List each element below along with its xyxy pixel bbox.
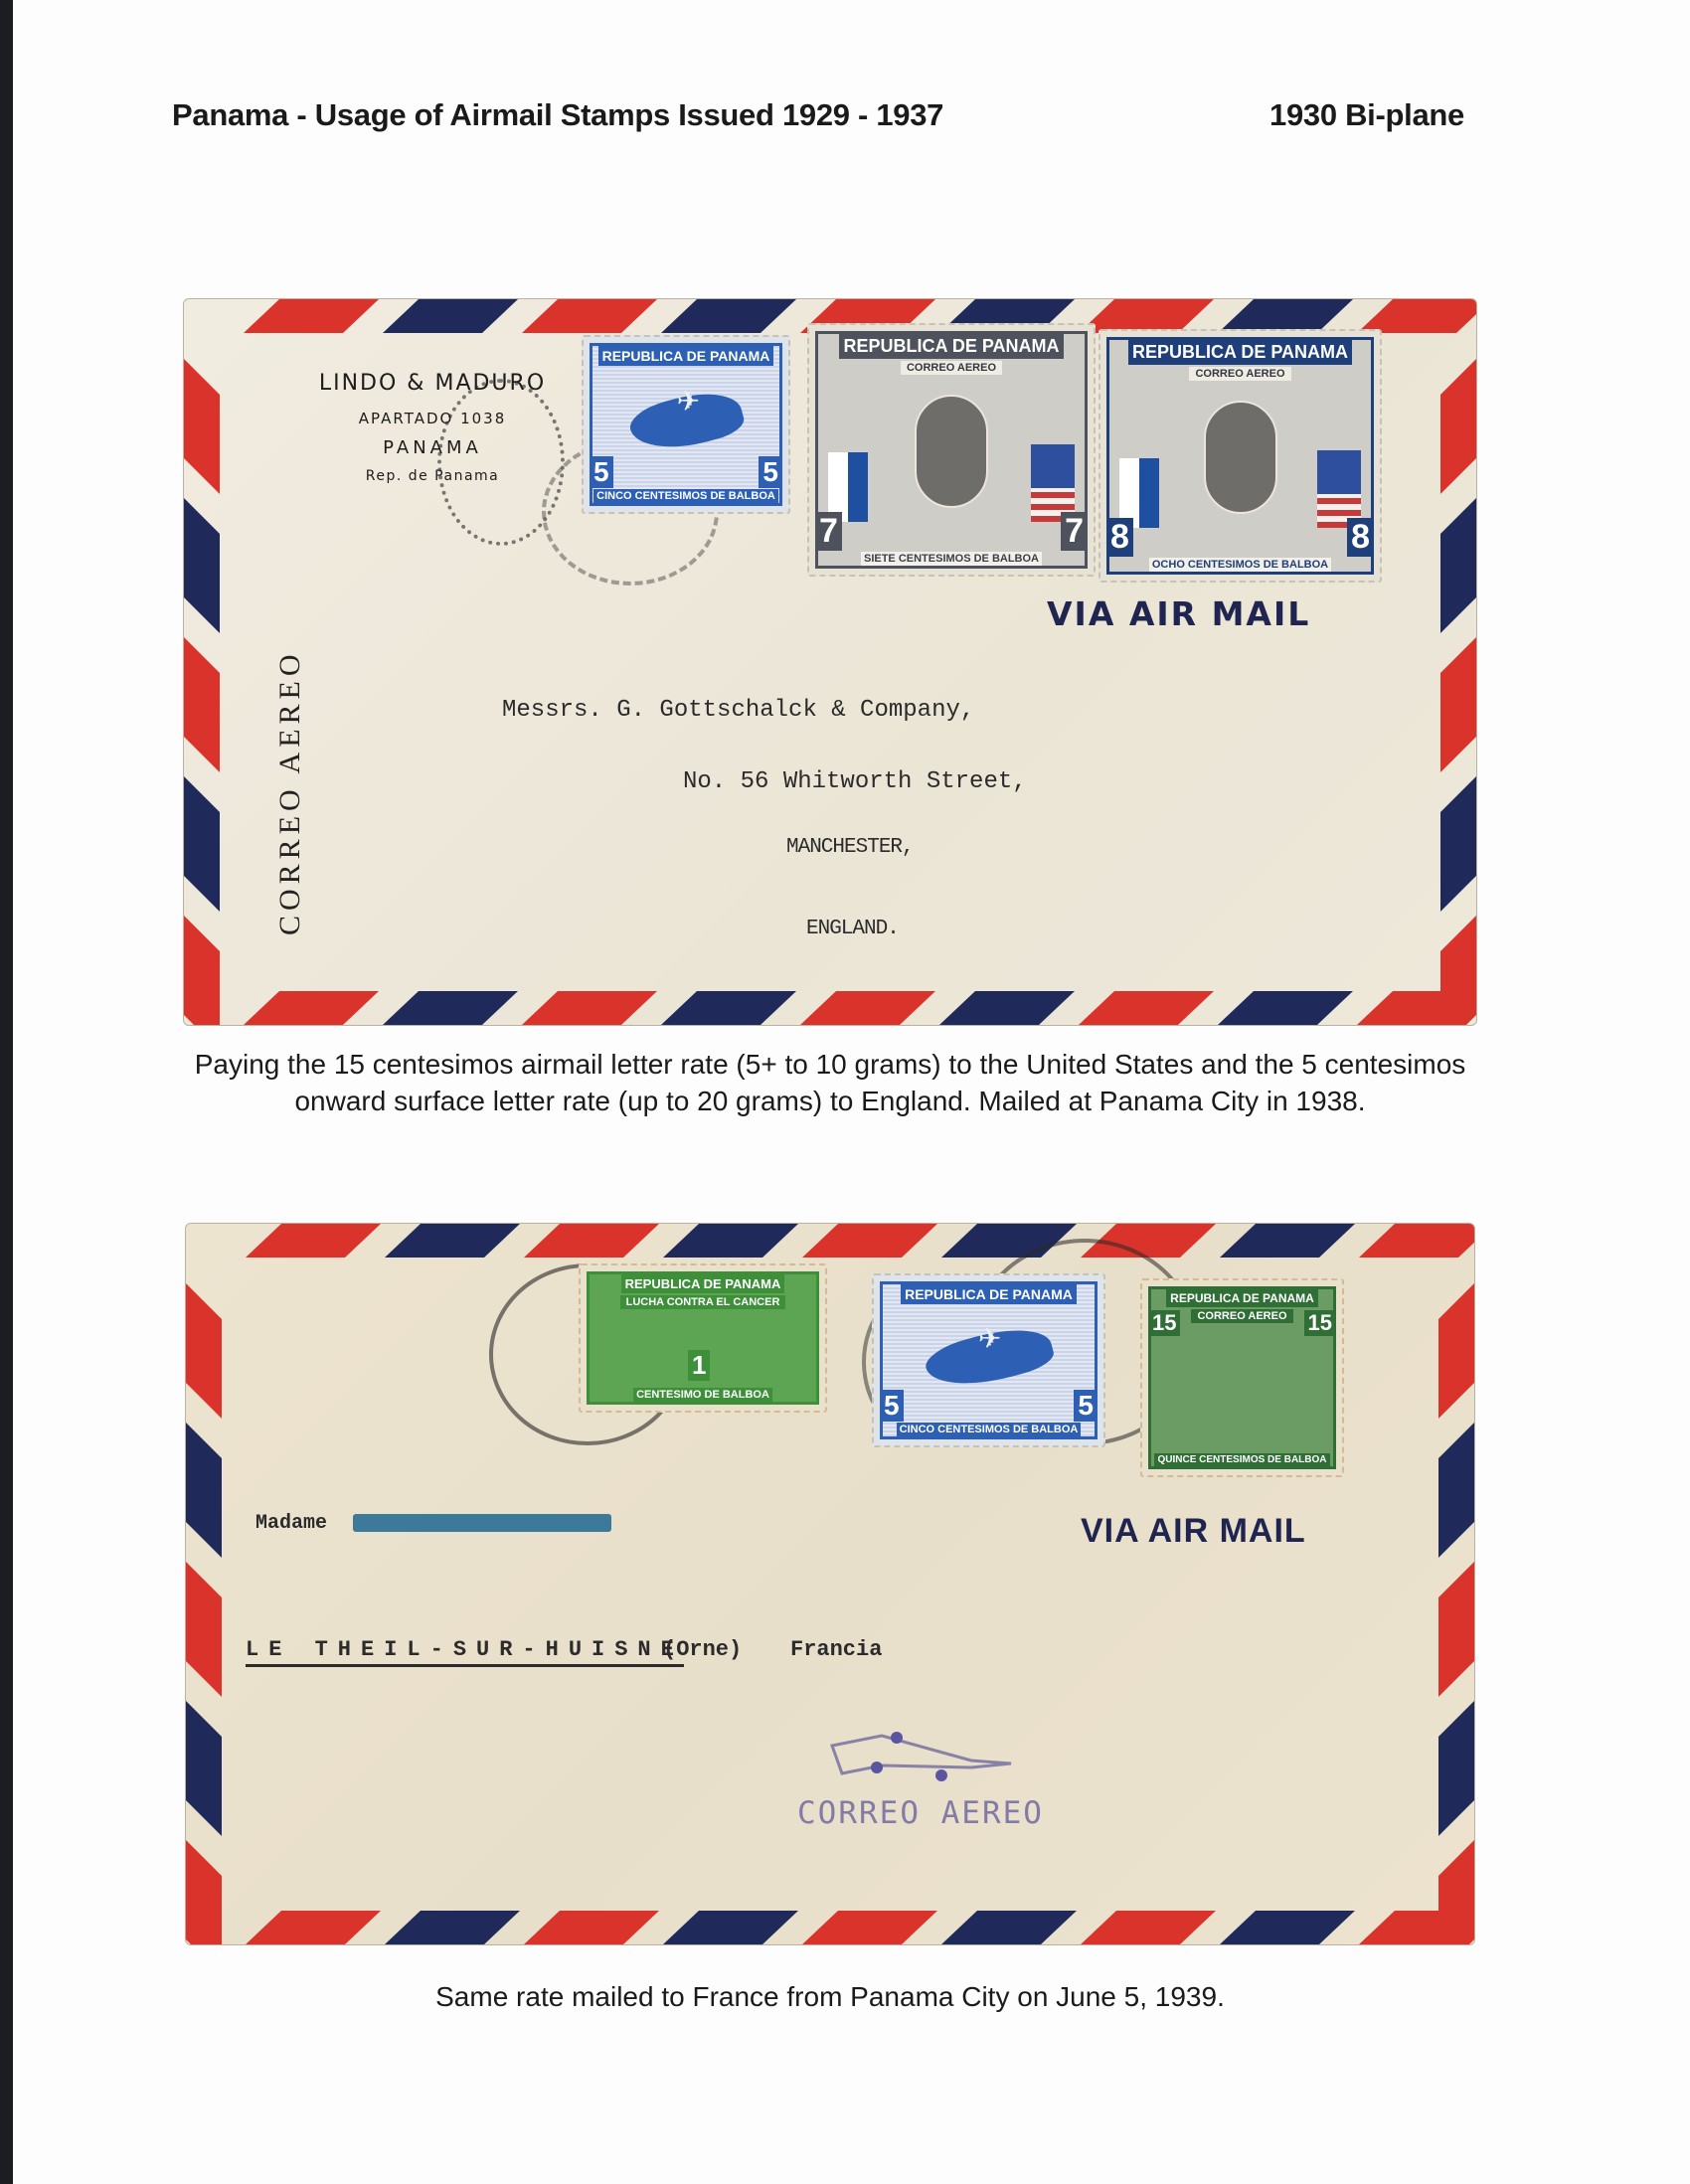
obliterated-name (353, 1514, 611, 1532)
stamp-value: 8 (1347, 518, 1374, 557)
airmail-border-bottom (184, 991, 1476, 1025)
us-flag-icon (1031, 444, 1075, 522)
stamp-value: 5 (1074, 1390, 1098, 1422)
us-flag-icon (1317, 450, 1361, 528)
stamp-header: REPUBLICA DE PANAMA (839, 334, 1063, 359)
airmail-border-left (184, 299, 220, 1025)
stamp-denomination-text: QUINCE CENTESIMOS DE BALBOA (1154, 1453, 1329, 1466)
stamp-value: 7 (1061, 512, 1088, 551)
stamp-1c-cancer: REPUBLICA DE PANAMA LUCHA CONTRA EL CANC… (579, 1263, 827, 1413)
medallion-icon (1204, 401, 1277, 514)
correo-aereo-handstamp: CORREO AEREO (797, 1795, 1044, 1831)
stamp-value: 1 (688, 1350, 710, 1381)
cover-1-caption: Paying the 15 centesimos airmail letter … (149, 1046, 1511, 1119)
via-air-mail-label: VIA AIR MAIL (1047, 594, 1310, 633)
address-region: (Orne) (663, 1637, 742, 1662)
stamp-5c-biplane: REPUBLICA DE PANAMA ✈ CINCO CENTESIMOS D… (872, 1273, 1105, 1447)
stamp-header: REPUBLICA DE PANAMA (1128, 340, 1352, 365)
page-title: Panama - Usage of Airmail Stamps Issued … (172, 97, 943, 133)
stamp-value: 7 (815, 512, 842, 551)
stamp-label: CORREO AEREO (901, 361, 1002, 375)
airplane-handstamp-icon (822, 1726, 1021, 1785)
stamp-header: REPUBLICA DE PANAMA (598, 346, 774, 366)
stamp-value: 5 (759, 456, 782, 488)
airmail-border-left (186, 1224, 222, 1944)
airmail-border-bottom (186, 1911, 1474, 1944)
scan-edge (0, 0, 13, 2184)
cover-1-envelope: LINDO & MADURO APARTADO 1038 PANAMA Rep.… (183, 298, 1477, 1026)
stamp-denomination-text: OCHO CENTESIMOS DE BALBOA (1149, 558, 1331, 572)
stamp-header: REPUBLICA DE PANAMA (621, 1274, 785, 1293)
stamp-value: 15 (1304, 1310, 1336, 1336)
address-line-3: MANCHESTER, (786, 836, 914, 859)
stamp-value: 15 (1148, 1310, 1180, 1336)
airmail-border-right (1440, 299, 1476, 1025)
stamp-denomination-text: CINCO CENTESIMOS DE BALBOA (897, 1423, 1082, 1436)
stamp-label: CORREO AEREO (1189, 367, 1290, 381)
medallion-icon (915, 395, 988, 508)
biplane-icon: ✈ (677, 385, 700, 418)
cover-2-caption: Same rate mailed to France from Panama C… (149, 1978, 1511, 2015)
addressee-prefix: Madame (255, 1512, 327, 1535)
airmail-border-right (1438, 1224, 1474, 1944)
stamp-value: 5 (590, 456, 613, 488)
stamp-5c-biplane: REPUBLICA DE PANAMA ✈ CINCO CENTESIMOS D… (582, 335, 790, 514)
airmail-border-top (186, 1224, 1474, 1258)
via-air-mail-label: VIA AIR MAIL (1081, 1512, 1306, 1551)
address-city: LE THEIL-SUR-HUISNE (246, 1637, 684, 1667)
page-subtitle: 1930 Bi-plane (1269, 97, 1464, 133)
stamp-15c-map: REPUBLICA DE PANAMA CORREO AEREO QUINCE … (1140, 1278, 1344, 1477)
correo-aereo-vertical: CORREO AEREO (273, 649, 307, 935)
address-line-1: Messrs. G. Gottschalck & Company, (502, 697, 974, 724)
stamp-denomination-text: CINCO CENTESIMOS DE BALBOA (593, 489, 778, 503)
return-name: LINDO & MADURO (278, 371, 587, 396)
stamp-label: LUCHA CONTRA EL CANCER (620, 1295, 786, 1309)
stamp-header: REPUBLICA DE PANAMA (901, 1284, 1077, 1304)
stamp-value: 8 (1106, 518, 1133, 557)
stamp-denomination-text: CENTESIMO DE BALBOA (633, 1388, 772, 1402)
biplane-icon: ✈ (978, 1322, 1001, 1355)
address-line-4: ENGLAND. (806, 918, 899, 940)
stamp-8c-constitution: REPUBLICA DE PANAMA CORREO AEREO OCHO CE… (1098, 329, 1382, 583)
stamp-header: REPUBLICA DE PANAMA (1166, 1289, 1318, 1307)
stamp-value: 5 (880, 1390, 904, 1422)
address-line-2: No. 56 Whitworth Street, (683, 768, 1027, 795)
stamp-label: CORREO AEREO (1191, 1309, 1292, 1323)
address-country: Francia (790, 1637, 882, 1662)
stamp-7c-constitution: REPUBLICA DE PANAMA CORREO AEREO SIETE C… (807, 323, 1096, 577)
cover-2-envelope: REPUBLICA DE PANAMA LUCHA CONTRA EL CANC… (185, 1223, 1475, 1945)
stamp-denomination-text: SIETE CENTESIMOS DE BALBOA (861, 552, 1042, 566)
